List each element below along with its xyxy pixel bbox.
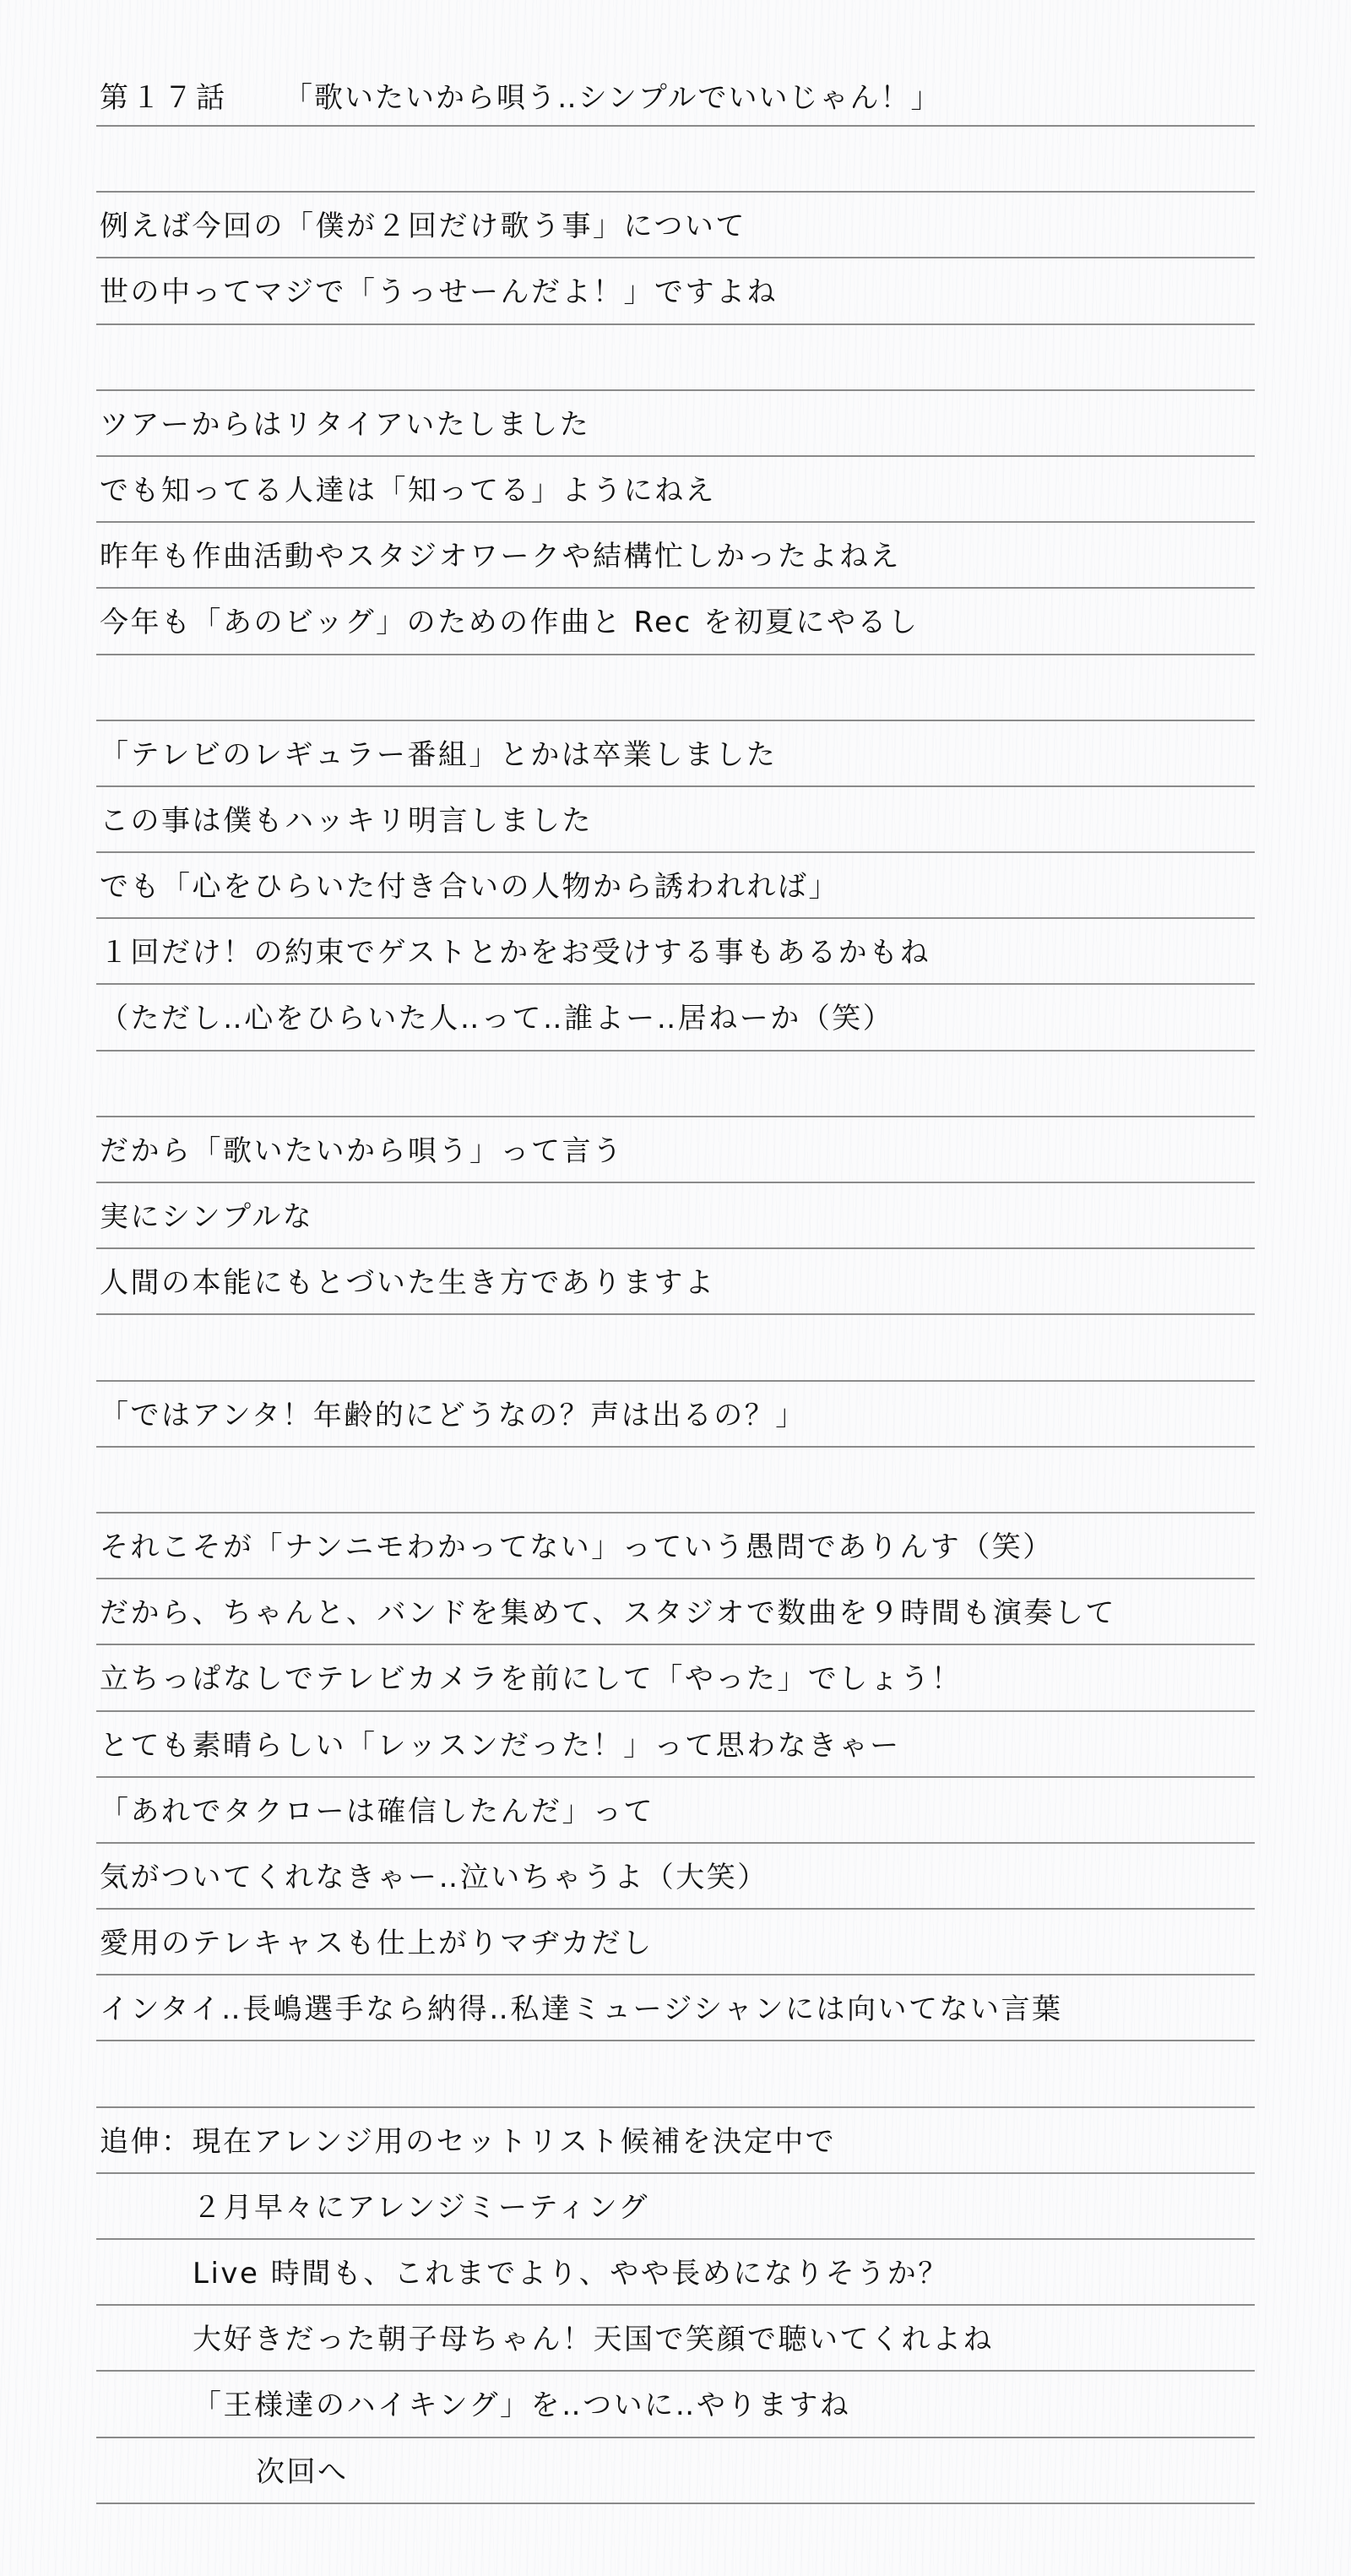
text-line: この事は僕もハッキリ明言しました bbox=[96, 787, 1255, 853]
line-text: それこそが「ナンニモわかってない」っていう愚問でありんす（笑） bbox=[100, 1530, 1054, 1564]
text-line: だから「歌いたいから唄う」って言う bbox=[96, 1117, 1255, 1183]
text-line: 立ちっぱなしでテレビカメラを前にして「やった」でしょう！ bbox=[96, 1645, 1255, 1711]
page-title: 「歌いたいから唄う‥シンプルでいいじゃん！」 bbox=[284, 74, 941, 116]
line-text: インタイ‥長嶋選手なら納得‥私達ミュージシャンには向いてない言葉 bbox=[100, 1992, 1062, 2026]
line-text: 今年も「あのビッグ」のための作曲と Rec を初夏にやるし bbox=[100, 606, 919, 639]
text-line: 「あれでタクローは確信したんだ」って bbox=[96, 1778, 1255, 1844]
blank-line bbox=[96, 1448, 1255, 1514]
line-text: 昨年も作曲活動やスタジオワークや結構忙しかったよねえ bbox=[100, 540, 901, 573]
postscript-line: ２月早々にアレンジミーティング bbox=[96, 2174, 1255, 2240]
text-line: とても素晴らしい「レッスンだった！」って思わなきゃー bbox=[96, 1712, 1255, 1778]
line-text: 追伸：現在アレンジ用のセットリスト候補を決定中で bbox=[100, 2125, 836, 2159]
line-text: 大好きだった朝子母ちゃん！天国で笑顔で聴いてくれよね bbox=[193, 2323, 994, 2356]
postscript-line: 「王様達のハイキング」を‥ついに‥やりますね bbox=[96, 2372, 1255, 2437]
text-line: インタイ‥長嶋選手なら納得‥私達ミュージシャンには向いてない言葉 bbox=[96, 1975, 1255, 2041]
title-row: 第１７話 「歌いたいから唄う‥シンプルでいいじゃん！」 bbox=[96, 61, 1255, 127]
line-text: （ただし‥心をひらいた人‥って‥誰よー‥居ねーか（笑） bbox=[100, 1002, 893, 1035]
text-line: 「テレビのレギュラー番組」とかは卒業しました bbox=[96, 721, 1255, 787]
blank-line bbox=[96, 127, 1255, 193]
line-text: だから、ちゃんと、バンドを集めて、スタジオで数曲を９時間も演奏して bbox=[100, 1596, 1116, 1630]
episode-number: 第１７話 bbox=[100, 74, 228, 116]
text-line: （ただし‥心をひらいた人‥って‥誰よー‥居ねーか（笑） bbox=[96, 985, 1255, 1051]
line-text: １回だけ！の約束でゲストとかをお受けする事もあるかもね bbox=[100, 936, 931, 970]
line-text: 「王様達のハイキング」を‥ついに‥やりますね bbox=[193, 2389, 850, 2422]
text-line: 今年も「あのビッグ」のための作曲と Rec を初夏にやるし bbox=[96, 589, 1255, 655]
line-text: だから「歌いたいから唄う」って言う bbox=[100, 1134, 624, 1168]
line-text: でも知ってる人達は「知ってる」ようにねえ bbox=[100, 474, 716, 508]
line-text: とても素晴らしい「レッスンだった！」って思わなきゃー bbox=[100, 1729, 901, 1763]
postscript-line: Live 時間も、これまでより、やや長めになりそうか？ bbox=[96, 2240, 1255, 2306]
text-line: でも知ってる人達は「知ってる」ようにねえ bbox=[96, 457, 1255, 523]
blank-line bbox=[96, 1052, 1255, 1117]
postscript-line: 大好きだった朝子母ちゃん！天国で笑顔で聴いてくれよね bbox=[96, 2306, 1255, 2372]
next-episode-line: 次回へ bbox=[96, 2438, 1255, 2504]
line-text: 「あれでタクローは確信したんだ」って bbox=[100, 1795, 654, 1829]
line-text: 人間の本能にもとづいた生き方でありますよ bbox=[100, 1266, 715, 1300]
text-line: 「ではアンタ！年齢的にどうなの？声は出るの？」 bbox=[96, 1382, 1255, 1448]
line-text: でも「心をひらいた付き合いの人物から誘われれば」 bbox=[100, 870, 839, 904]
line-text: ２月早々にアレンジミーティング bbox=[193, 2191, 649, 2225]
line-text: 気がついてくれなきゃー‥泣いちゃうよ（大笑） bbox=[100, 1861, 768, 1894]
text-line: だから、ちゃんと、バンドを集めて、スタジオで数曲を９時間も演奏して bbox=[96, 1579, 1255, 1645]
next-episode-text: 次回へ bbox=[256, 2455, 349, 2489]
line-text: 実にシンプルな bbox=[100, 1200, 313, 1234]
postscript-line: 追伸：現在アレンジ用のセットリスト候補を決定中で bbox=[96, 2108, 1255, 2174]
line-text: 愛用のテレキャスも仕上がりマヂカだし bbox=[100, 1927, 654, 1960]
text-line: 例えば今回の「僕が２回だけ歌う事」について bbox=[96, 193, 1255, 258]
blank-line bbox=[96, 2041, 1255, 2107]
blank-line bbox=[96, 655, 1255, 721]
text-line: ツアーからはリタイアいたしました bbox=[96, 391, 1255, 457]
text-line: 気がついてくれなきゃー‥泣いちゃうよ（大笑） bbox=[96, 1844, 1255, 1910]
blank-line bbox=[96, 325, 1255, 391]
line-text: Live 時間も、これまでより、やや長めになりそうか？ bbox=[193, 2257, 949, 2291]
line-text: 「ではアンタ！年齢的にどうなの？声は出るの？」 bbox=[100, 1399, 806, 1432]
text-line: 愛用のテレキャスも仕上がりマヂカだし bbox=[96, 1910, 1255, 1975]
notebook-page: 第１７話 「歌いたいから唄う‥シンプルでいいじゃん！」 例えば今回の「僕が２回だ… bbox=[96, 61, 1255, 2504]
text-line: １回だけ！の約束でゲストとかをお受けする事もあるかもね bbox=[96, 919, 1255, 985]
text-line: 人間の本能にもとづいた生き方でありますよ bbox=[96, 1249, 1255, 1315]
line-text: 立ちっぱなしでテレビカメラを前にして「やった」でしょう！ bbox=[100, 1662, 962, 1696]
line-text: 例えば今回の「僕が２回だけ歌う事」について bbox=[100, 209, 746, 243]
line-text: この事は僕もハッキリ明言しました bbox=[100, 804, 593, 838]
text-line: 実にシンプルな bbox=[96, 1183, 1255, 1249]
text-line: それこそが「ナンニモわかってない」っていう愚問でありんす（笑） bbox=[96, 1514, 1255, 1579]
line-text: ツアーからはリタイアいたしました bbox=[100, 408, 590, 442]
line-text: 「テレビのレギュラー番組」とかは卒業しました bbox=[100, 738, 777, 772]
line-text: 世の中ってマジで「うっせーんだよ！」ですよね bbox=[100, 275, 778, 309]
blank-line bbox=[96, 1315, 1255, 1381]
text-line: でも「心をひらいた付き合いの人物から誘われれば」 bbox=[96, 853, 1255, 919]
text-line: 昨年も作曲活動やスタジオワークや結構忙しかったよねえ bbox=[96, 523, 1255, 589]
text-line: 世の中ってマジで「うっせーんだよ！」ですよね bbox=[96, 258, 1255, 324]
